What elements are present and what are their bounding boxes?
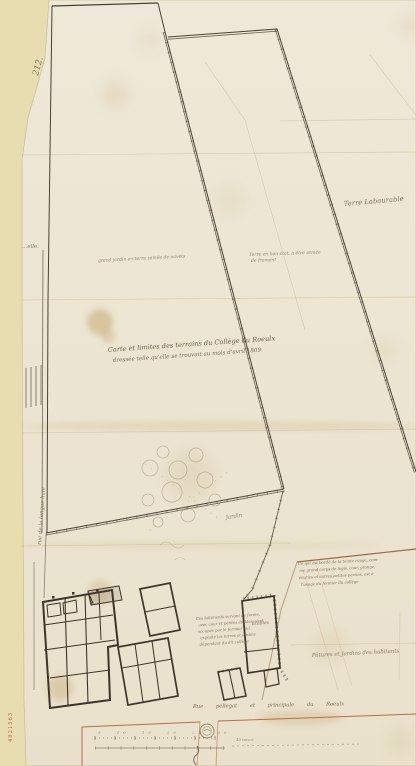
field-note-line2: de froment: [251, 257, 277, 264]
archive-number: 4821563: [8, 712, 14, 742]
scanned-map-document: 212. 4821563 …elle. rue de la longue hai…: [0, 0, 416, 766]
street-name-partial: …elle.: [22, 244, 39, 250]
scale-unit-label: 40 toises: [235, 737, 254, 742]
scale-ticks: 5 10 15 20 25 30: [98, 730, 230, 735]
map-canvas: 212. 4821563 …elle. rue de la longue hai…: [0, 0, 416, 766]
